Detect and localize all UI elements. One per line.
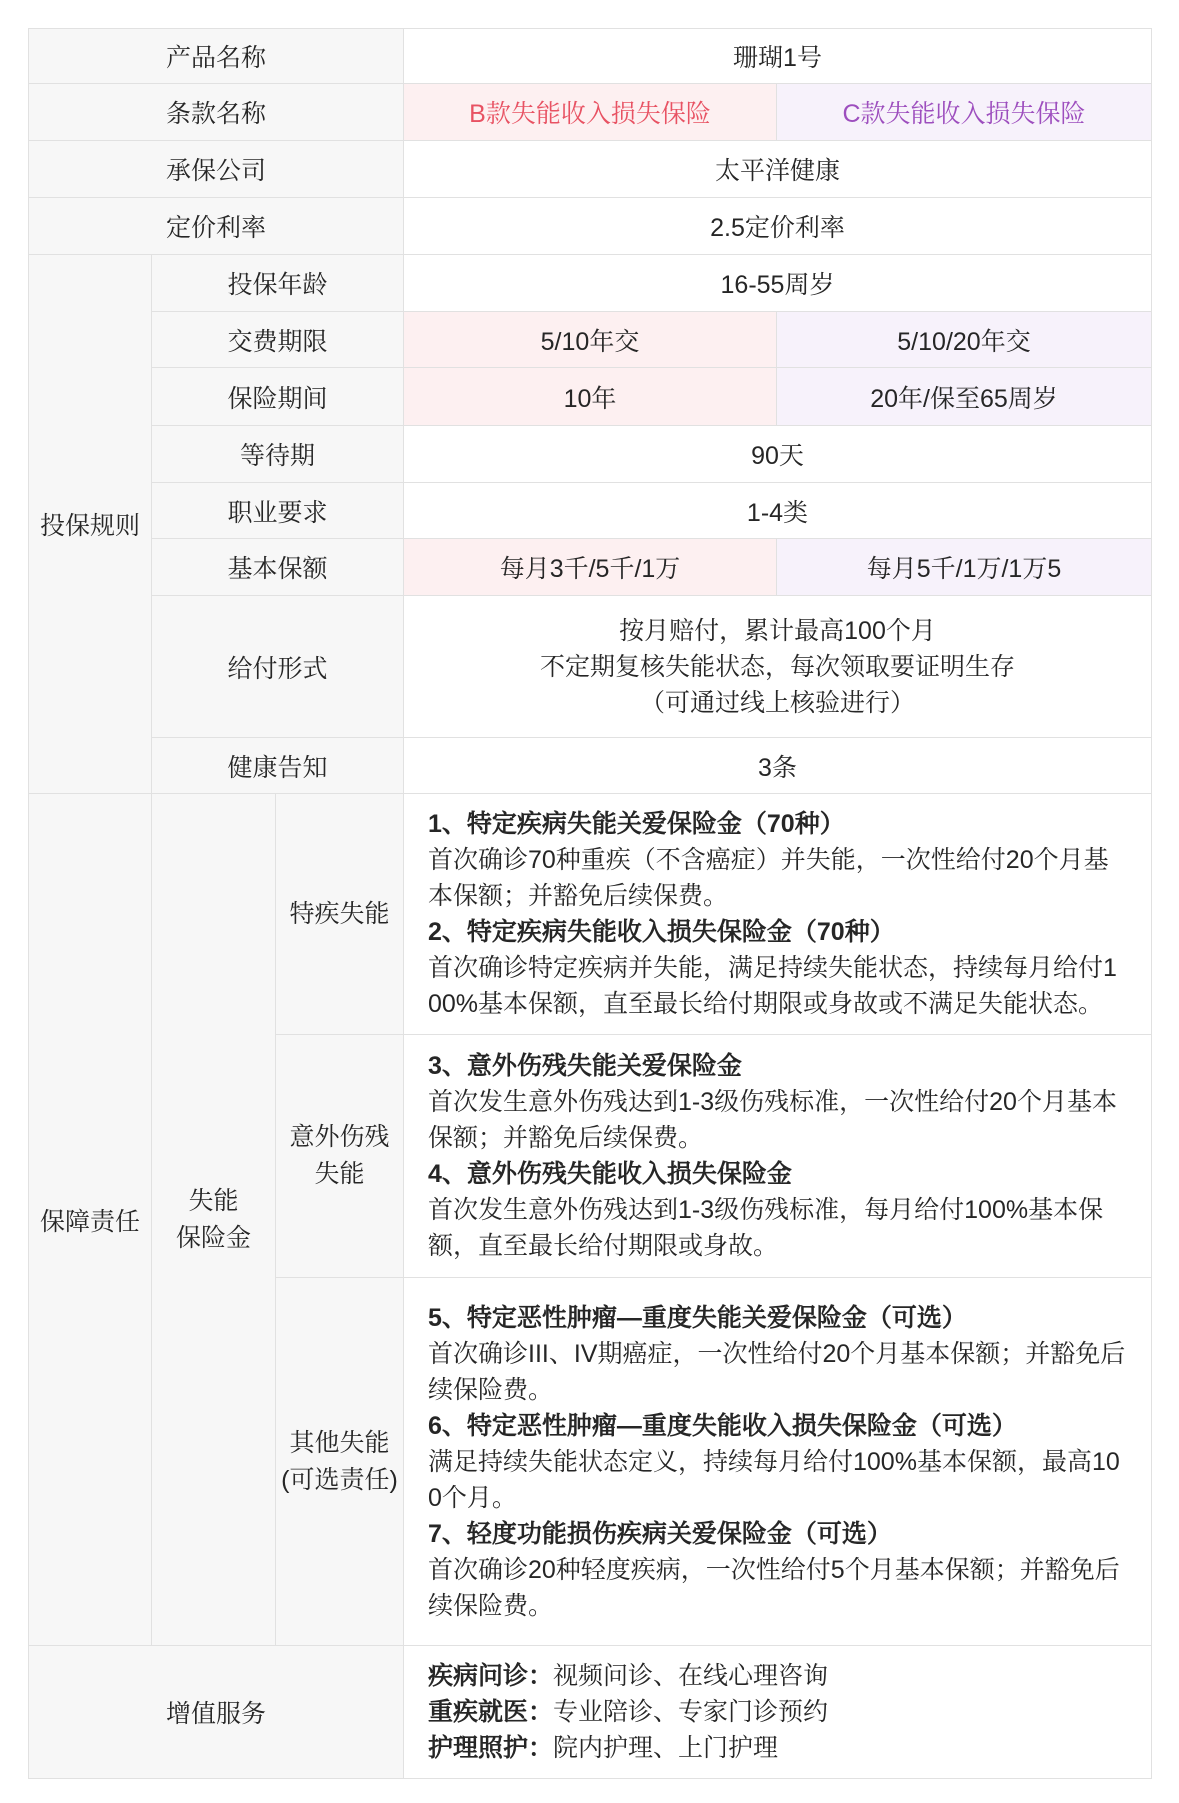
section-content-special-disease: 1、特定疾病失能关爱保险金（70种） 首次确诊70种重疾（不含癌症）并失能，一次… [404,794,1152,1035]
pricing-rate-value: 2.5定价利率 [404,198,1152,255]
benefit-body: 首次确诊III、IV期癌症，一次性给付20个月基本保额；并豁免后续保险费。 [428,1336,1127,1408]
benefit-body: 首次发生意外伤残达到1-3级伤残标准，每月给付100%基本保额，直至最长给付期限… [428,1192,1127,1264]
vas-text: 视频问诊、在线心理咨询 [553,1662,828,1690]
coverage-period-plan-b: 10年 [404,368,777,426]
value-added-content: 疾病问诊：视频问诊、在线心理咨询 重疾就医：专业陪诊、专家门诊预约 护理照护：院… [404,1646,1152,1779]
clause-plan-c: C款失能收入损失保险 [777,84,1152,141]
benefit-title: 2、特定疾病失能收入损失保险金（70种） [428,914,1127,950]
rules-group-label: 投保规则 [29,255,152,794]
insurance-comparison-table: 产品名称 珊瑚1号 条款名称 B款失能收入损失保险 C款失能收入损失保险 承保公… [28,28,1152,1779]
payout-line-2: 不定期复核失能状态，每次领取要证明生存 [404,649,1151,685]
waiting-period-value: 90天 [404,426,1152,483]
liability-group-label: 保障责任 [29,794,152,1646]
vas-prefix: 护理照护： [428,1734,553,1762]
basic-amount-plan-b: 每月3千/5千/1万 [404,539,777,596]
section-label-other: 其他失能 (可选责任) [276,1278,404,1646]
occupation-value: 1-4类 [404,483,1152,539]
vas-line-care: 护理照护：院内护理、上门护理 [428,1730,1127,1766]
benefit-title: 1、特定疾病失能关爱保险金（70种） [428,806,1127,842]
clause-plan-b: B款失能收入损失保险 [404,84,777,141]
pricing-rate-label: 定价利率 [29,198,404,255]
clause-name-label: 条款名称 [29,84,404,141]
health-notice-label: 健康告知 [152,738,404,794]
product-name-value: 珊瑚1号 [404,29,1152,84]
vas-line-consult: 疾病问诊：视频问诊、在线心理咨询 [428,1658,1127,1694]
liability-subgroup-label: 失能 保险金 [152,794,276,1646]
benefit-body: 首次确诊20种轻度疾病，一次性给付5个月基本保额；并豁免后续保险费。 [428,1552,1127,1624]
product-name-label: 产品名称 [29,29,404,84]
age-value: 16-55周岁 [404,255,1152,312]
section-label-accident: 意外伤残 失能 [276,1035,404,1278]
benefit-body: 满足持续失能状态定义，持续每月给付100%基本保额，最高100个月。 [428,1444,1127,1516]
section-label-line: 其他失能 [276,1425,403,1462]
section-label-line: (可选责任) [276,1462,403,1499]
benefit-title: 5、特定恶性肿瘤—重度失能关爱保险金（可选） [428,1300,1127,1336]
occupation-label: 职业要求 [152,483,404,539]
vas-prefix: 疾病问诊： [428,1662,553,1690]
value-added-label: 增值服务 [29,1646,404,1779]
payment-term-plan-b: 5/10年交 [404,312,777,368]
benefit-body: 首次发生意外伤残达到1-3级伤残标准，一次性给付20个月基本保额；并豁免后续保费… [428,1084,1127,1156]
payout-form-value: 按月赔付，累计最高100个月 不定期复核失能状态，每次领取要证明生存 （可通过线… [404,596,1152,738]
section-label-line: 意外伤残 [276,1119,403,1156]
vas-text: 院内护理、上门护理 [553,1734,778,1762]
benefit-body: 首次确诊70种重疾（不含癌症）并失能，一次性给付20个月基本保额；并豁免后续保费… [428,842,1127,914]
benefit-title: 3、意外伤残失能关爱保险金 [428,1048,1127,1084]
coverage-period-plan-c: 20年/保至65周岁 [777,368,1152,426]
section-label-special-disease: 特疾失能 [276,794,404,1035]
benefit-title: 6、特定恶性肿瘤—重度失能收入损失保险金（可选） [428,1408,1127,1444]
section-label-line: 失能 [276,1156,403,1193]
vas-prefix: 重疾就医： [428,1698,553,1726]
vas-line-medical: 重疾就医：专业陪诊、专家门诊预约 [428,1694,1127,1730]
subgroup-line-2: 保险金 [152,1220,275,1257]
vas-text: 专业陪诊、专家门诊预约 [553,1698,828,1726]
subgroup-line-1: 失能 [152,1183,275,1220]
section-label-line: 特疾失能 [276,896,403,933]
benefit-body: 首次确诊特定疾病并失能，满足持续失能状态，持续每月给付100%基本保额，直至最长… [428,950,1127,1022]
payment-term-plan-c: 5/10/20年交 [777,312,1152,368]
payout-form-label: 给付形式 [152,596,404,738]
health-notice-value: 3条 [404,738,1152,794]
coverage-period-label: 保险期间 [152,368,404,426]
age-label: 投保年龄 [152,255,404,312]
section-content-accident: 3、意外伤残失能关爱保险金 首次发生意外伤残达到1-3级伤残标准，一次性给付20… [404,1035,1152,1278]
payout-line-1: 按月赔付，累计最高100个月 [404,613,1151,649]
basic-amount-label: 基本保额 [152,539,404,596]
insurer-label: 承保公司 [29,141,404,198]
basic-amount-plan-c: 每月5千/1万/1万5 [777,539,1152,596]
waiting-period-label: 等待期 [152,426,404,483]
payment-term-label: 交费期限 [152,312,404,368]
benefit-title: 7、轻度功能损伤疾病关爱保险金（可选） [428,1516,1127,1552]
payout-line-3: （可通过线上核验进行） [404,685,1151,721]
insurer-value: 太平洋健康 [404,141,1152,198]
section-content-other: 5、特定恶性肿瘤—重度失能关爱保险金（可选） 首次确诊III、IV期癌症，一次性… [404,1278,1152,1646]
benefit-title: 4、意外伤残失能收入损失保险金 [428,1156,1127,1192]
